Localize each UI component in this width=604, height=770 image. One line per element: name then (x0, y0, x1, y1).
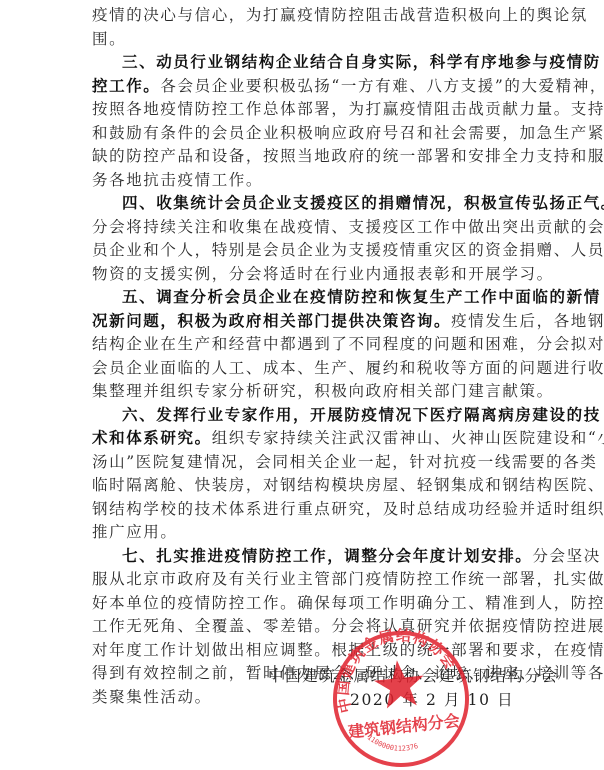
body-text: 物资的支援实例，分会将适时在行业内通报表彰和开展学习。 (92, 265, 554, 283)
body-text: 推广应用。 (92, 523, 178, 541)
body-text: 临时隔离舱、快装房，对钢结构模块房屋、轻钢集成和钢结构医院、 (92, 476, 604, 494)
text-line: 七、扎实推进疫情防控工作，调整分会年度计划安排。分会坚决 (122, 544, 601, 568)
section-heading-text: 况新问题，积极为政府相关部门提供决策咨询。 (92, 312, 451, 330)
text-line: 服从北京市政府及有关行业主管部门疫情防控工作统一部署，扎实做 (92, 567, 604, 591)
text-line: 和鼓励有条件的会员企业积极响应政府号召和社会需要，加急生产紧 (92, 121, 604, 145)
text-line: 结构企业在生产和经营中都遇到了不同程度的问题和困难，分会拟对 (92, 332, 604, 356)
body-text: 会员企业面临的人工、成本、生产、履约和税收等方面的问题进行收 (92, 359, 604, 377)
body-text: 疫情发生后，各地钢 (451, 312, 604, 330)
section-heading-text: 七、扎实推进疫情防控工作，调整分会年度计划安排。 (122, 547, 532, 565)
text-line: 员企业和个人，特别是会员企业为支援疫情重灾区的资金捐赠、人员 (92, 238, 604, 262)
body-text: 汤山”医院复建情况，会同相关企业一起，针对抗疫一线需要的各类 (92, 453, 597, 471)
body-text: 围。 (92, 30, 126, 48)
body-text: 和鼓励有条件的会员企业积极响应政府号召和社会需要，加急生产紧 (92, 124, 604, 142)
section-heading-text: 四、收集统计会员企业支援疫区的捐赠情况，积极宣传弘扬正气。 (122, 194, 604, 212)
section-heading-text: 六、发挥行业专家作用，开展防疫情况下医疗隔离病房建设的技 (122, 406, 601, 424)
text-line: 疫情的决心与信心，为打赢疫情防控阻击战营造积极向上的舆论氛 (92, 3, 588, 27)
body-text: 分会坚决 (532, 547, 600, 565)
body-text: 缺的防控产品和设备，按照当地政府的统一部署和安排全力支持和服 (92, 147, 604, 165)
body-text: 员企业和个人，特别是会员企业为支援疫情重灾区的资金捐赠、人员 (92, 241, 604, 259)
text-line: 好本单位的疫情防控工作。确保每项工作明确分工、精准到人，防控 (92, 591, 604, 615)
text-line: 四、收集统计会员企业支援疫区的捐赠情况，积极宣传弘扬正气。 (122, 191, 604, 215)
body-text: 分会将持续关注和收集在战疫情、支援疫区工作中做出突出贡献的会 (92, 218, 604, 236)
section-heading-text: 控工作。 (92, 77, 160, 95)
text-line: 务各地抗击疫情工作。 (92, 168, 263, 192)
body-text: 务各地抗击疫情工作。 (92, 171, 263, 189)
text-line: 五、调查分析会员企业在疫情防控和恢复生产工作中面临的新情 (122, 285, 601, 309)
text-line: 六、发挥行业专家作用，开展防疫情况下医疗隔离病房建设的技 (122, 403, 601, 427)
text-line: 三、动员行业钢结构企业结合自身实际，科学有序地参与疫情防 (122, 50, 601, 74)
text-line: 集整理并组织专家分析研究，积极向政府相关部门建言献策。 (92, 379, 554, 403)
section-heading-text: 三、动员行业钢结构企业结合自身实际，科学有序地参与疫情防 (122, 53, 601, 71)
body-text: 类聚集性活动。 (92, 688, 212, 706)
text-line: 控工作。各会员企业要积极弘扬“一方有难、八方支援”的大爱精神， (92, 74, 604, 98)
body-text: 按照各地疫情防控工作总体部署，为打赢疫情阻击战贡献力量。支持 (92, 100, 604, 118)
body-text: 服从北京市政府及有关行业主管部门疫情防控工作统一部署，扎实做 (92, 570, 604, 588)
section-heading-text: 五、调查分析会员企业在疫情防控和恢复生产工作中面临的新情 (122, 288, 601, 306)
text-line: 推广应用。 (92, 520, 178, 544)
body-text: 各会员企业要积极弘扬“一方有难、八方支援”的大爱精神， (160, 77, 604, 95)
body-text: 集整理并组织专家分析研究，积极向政府相关部门建言献策。 (92, 382, 554, 400)
text-line: 围。 (92, 27, 126, 51)
text-line: 临时隔离舱、快装房，对钢结构模块房屋、轻钢集成和钢结构医院、 (92, 473, 604, 497)
body-text: 组织专家持续关注武汉雷神山、火神山医院建设和“小 (212, 429, 604, 447)
seal-center-text: 建筑钢结构分会 (347, 711, 460, 742)
body-text: 结构企业在生产和经营中都遇到了不同程度的问题和困难，分会拟对 (92, 335, 604, 353)
body-text: 疫情的决心与信心，为打赢疫情防控阻击战营造积极向上的舆论氛 (92, 6, 588, 24)
section-heading-text: 术和体系研究。 (92, 429, 212, 447)
text-line: 缺的防控产品和设备，按照当地政府的统一部署和安排全力支持和服 (92, 144, 604, 168)
text-line: 况新问题，积极为政府相关部门提供决策咨询。疫情发生后，各地钢 (92, 309, 604, 333)
text-line: 汤山”医院复建情况，会同相关企业一起，针对抗疫一线需要的各类 (92, 450, 597, 474)
official-seal-stamp: 中国建筑金属结构协会 建筑钢结构分会 1100000112376 (330, 628, 472, 770)
text-line: 钢结构学校的技术体系进行重点研究，及时总结成功经验并适时组织 (92, 497, 604, 521)
body-text: 钢结构学校的技术体系进行重点研究，及时总结成功经验并适时组织 (92, 500, 604, 518)
text-line: 术和体系研究。组织专家持续关注武汉雷神山、火神山医院建设和“小 (92, 426, 604, 450)
text-line: 按照各地疫情防控工作总体部署，为打赢疫情阻击战贡献力量。支持 (92, 97, 604, 121)
text-line: 会员企业面临的人工、成本、生产、履约和税收等方面的问题进行收 (92, 356, 604, 380)
text-line: 分会将持续关注和收集在战疫情、支援疫区工作中做出突出贡献的会 (92, 215, 604, 239)
star-icon (372, 658, 427, 710)
text-line: 物资的支援实例，分会将适时在行业内通报表彰和开展学习。 (92, 262, 554, 286)
text-line: 类聚集性活动。 (92, 685, 212, 709)
body-text: 好本单位的疫情防控工作。确保每项工作明确分工、精准到人，防控 (92, 594, 604, 612)
